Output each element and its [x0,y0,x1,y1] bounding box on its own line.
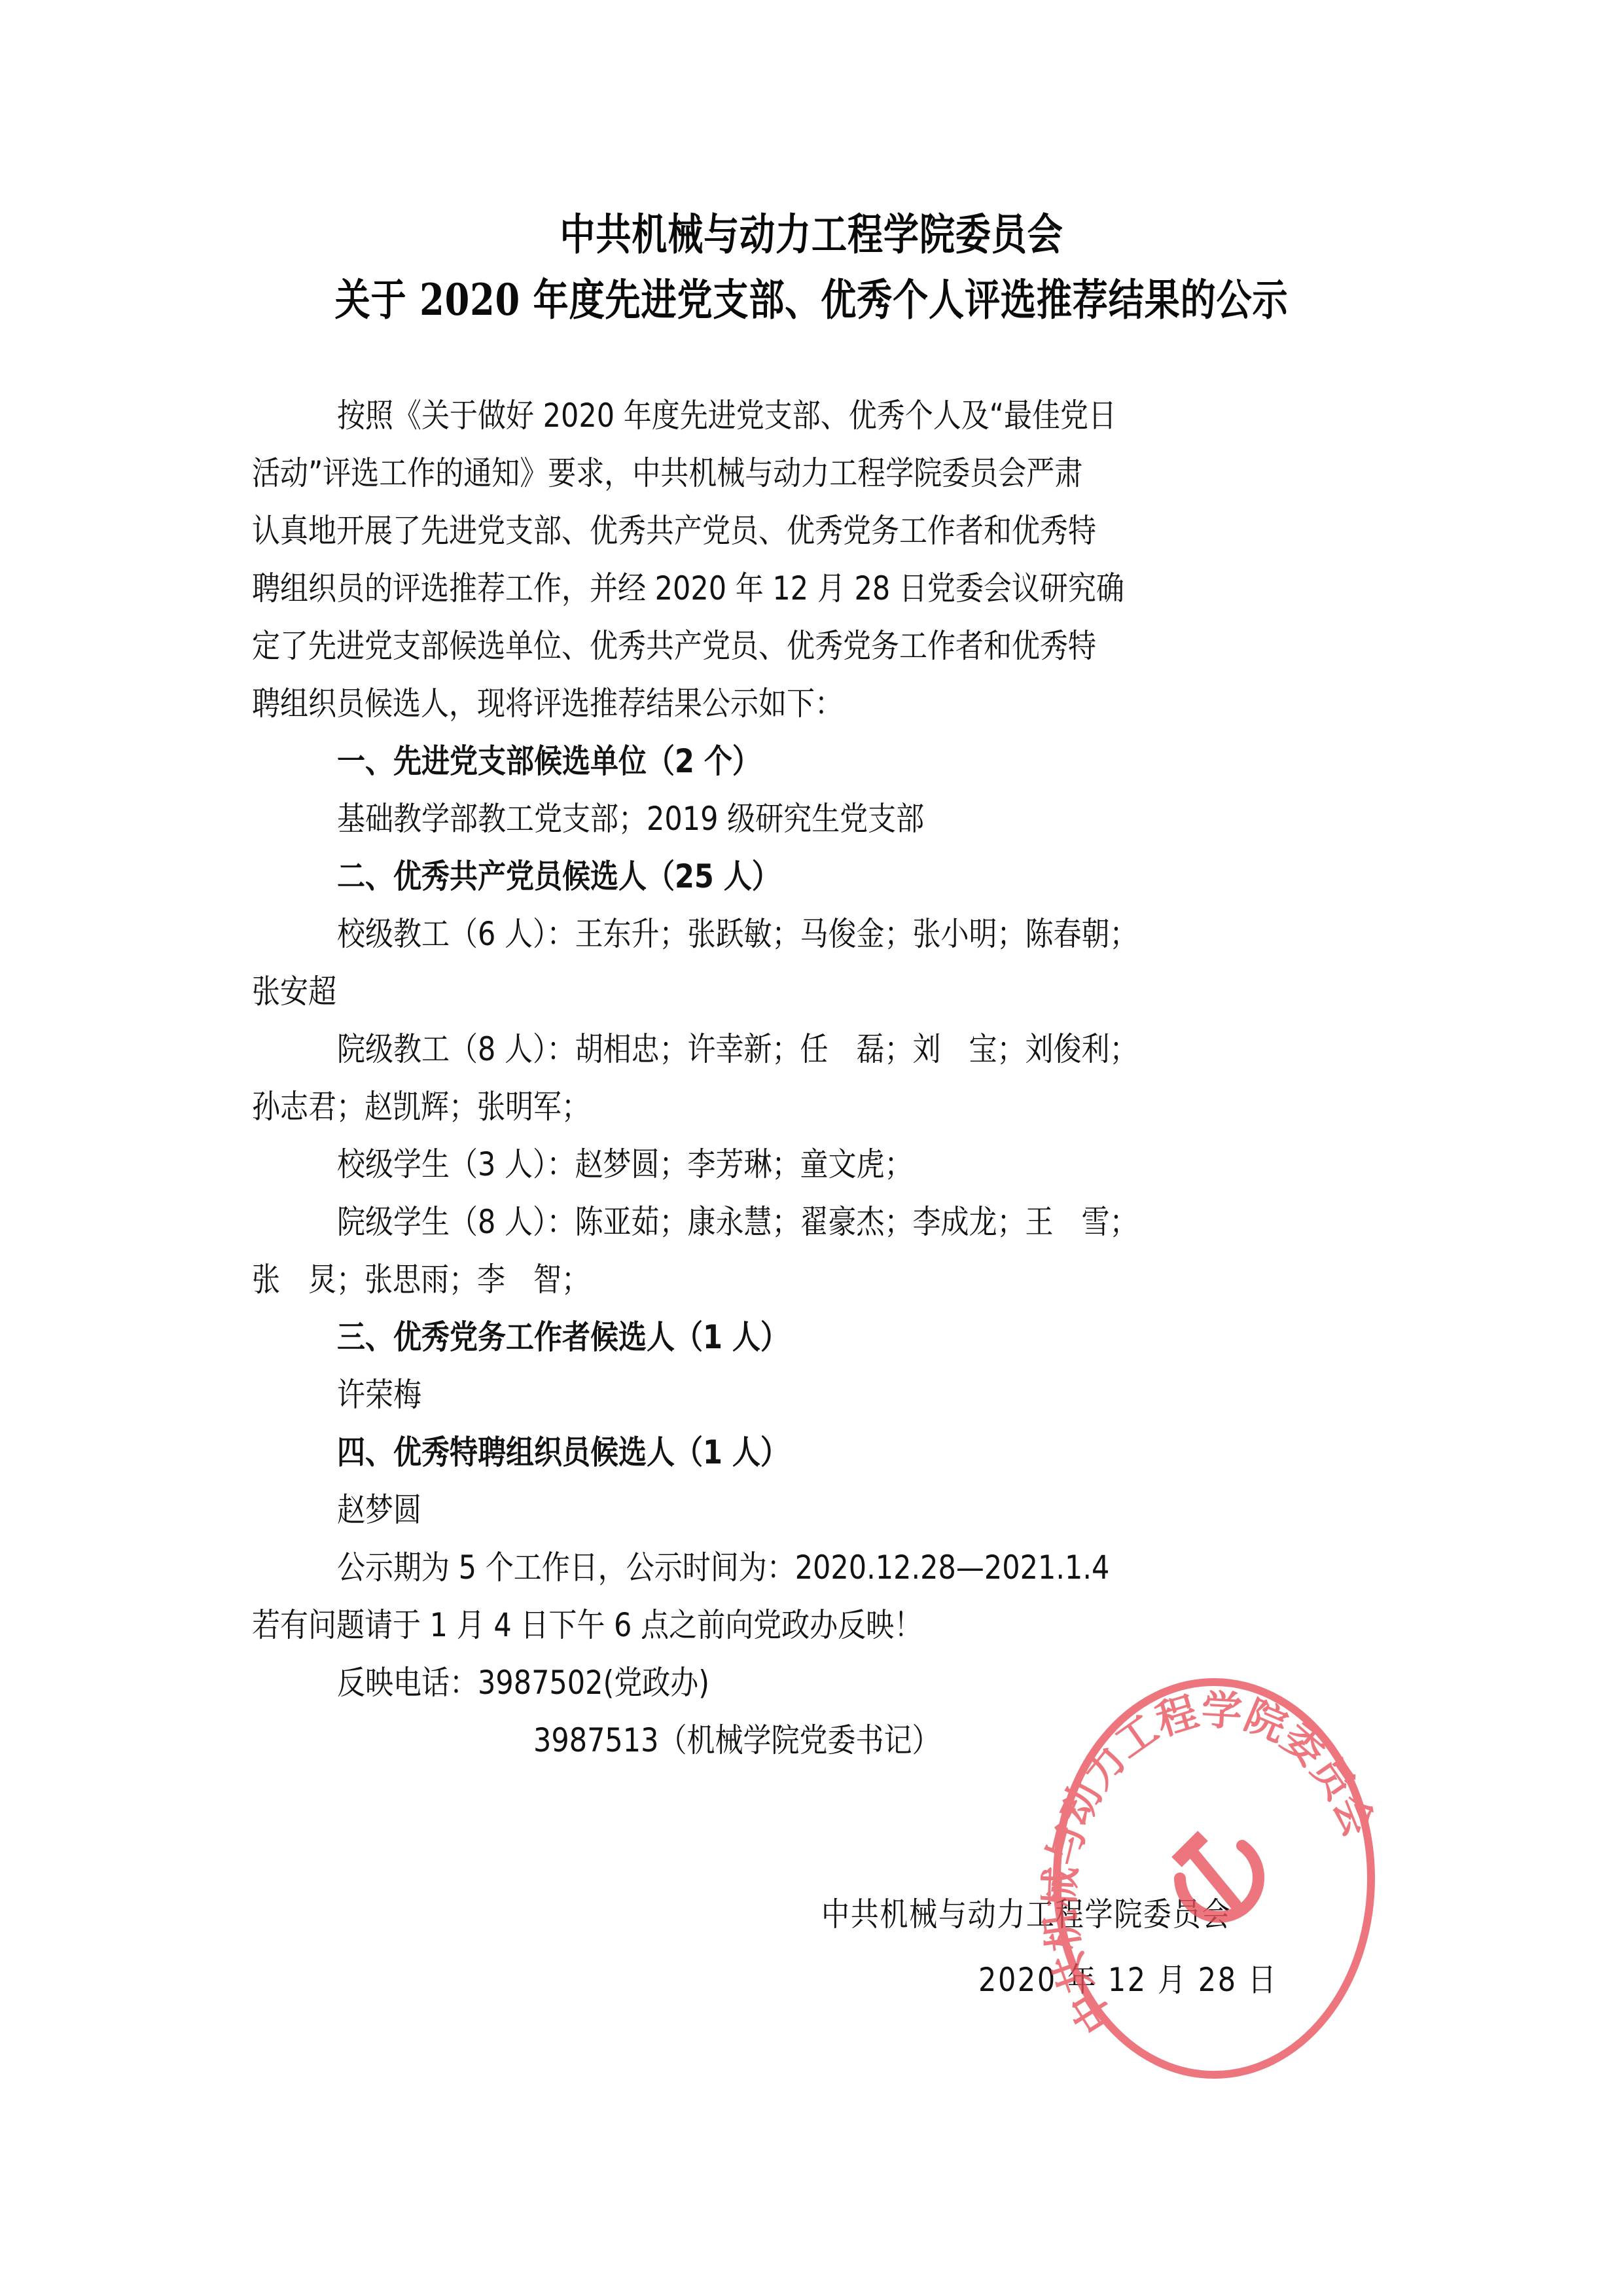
group-college-staff: 院级教工（8 人）：胡相忠；许幸新；任 磊；刘 宝；刘俊利； [337,1030,1305,1069]
section-heading-3: 三、优秀党务工作者候选人（1 人） [337,1318,1305,1357]
section-heading-4: 四、优秀特聘组织员候选人（1 人） [337,1433,1305,1472]
intro-line-3: 认真地开展了先进党支部、优秀共产党员、优秀党务工作者和优秀特 [252,511,1220,550]
group-school-staff-cont: 张安超 [252,972,1220,1011]
phone-line-2: 3987513（机械学院党委书记） [533,1721,1501,1760]
intro-line-5: 定了先进党支部候选单位、优秀共产党员、优秀党务工作者和优秀特 [252,626,1220,666]
feedback-deadline: 若有问题请于 1 月 4 日下午 6 点之前向党政办反映！ [252,1605,1220,1645]
signature-date: 2020 年 12 月 28 日 [978,1954,1277,2001]
group-college-students: 院级学生（8 人）：陈亚茹；康永慧；翟豪杰；李成龙；王 雪； [337,1202,1305,1242]
section-heading-1: 一、先进党支部候选单位（2 个） [337,742,1305,781]
notice-period: 公示期为 5 个工作日，公示时间为：2020.12.28—2021.1.4 [337,1548,1305,1587]
phone-line-1: 反映电话：3987502(党政办) [337,1663,1305,1702]
intro-line-6: 聘组织员候选人，现将评选推荐结果公示如下： [252,684,1220,723]
document-page: 中共机械与动力工程学院委员会 关于 2020 年度先进党支部、优秀个人评选推荐结… [0,0,1623,2296]
group-college-students-cont: 张 炅；张思雨；李 智； [252,1260,1220,1299]
group-college-staff-cont: 孙志君；赵凯辉；张明军； [252,1087,1220,1126]
section-heading-2: 二、优秀共产党员候选人（25 人） [337,857,1305,896]
section-3-content: 许荣梅 [337,1375,1305,1414]
intro-line-2: 活动”评选工作的通知》要求，中共机械与动力工程学院委员会严肃 [252,454,1220,493]
section-4-content: 赵梦圆 [337,1490,1305,1530]
signature-organization: 中共机械与动力工程学院委员会 [821,1888,1231,1935]
section-1-content: 基础教学部教工党支部；2019 级研究生党支部 [337,799,1305,838]
intro-line-1: 按照《关于做好 2020 年度先进党支部、优秀个人及“最佳党日 [337,396,1305,435]
group-school-students: 校级学生（3 人）：赵梦圆；李芳琳；童文虎； [337,1145,1305,1184]
document-title-line2: 关于 2020 年度先进党支部、优秀个人评选推荐结果的公示 [146,265,1477,327]
group-school-staff: 校级教工（6 人）：王东升；张跃敏；马俊金；张小明；陈春朝； [337,914,1305,954]
document-title-line1: 中共机械与动力工程学院委员会 [146,200,1477,262]
intro-line-4: 聘组织员的评选推荐工作，并经 2020 年 12 月 28 日党委会议研究确 [252,569,1220,608]
